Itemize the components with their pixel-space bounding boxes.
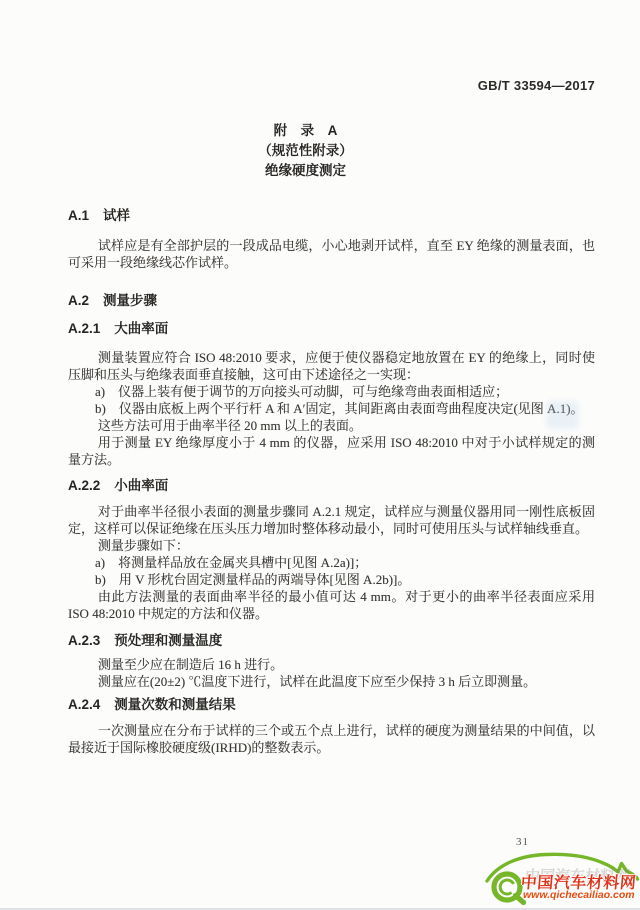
section-heading-a1: A.1试样 <box>68 207 595 224</box>
page-number: 31 <box>516 836 529 848</box>
document-page: GB/T 33594—2017 附 录 A （规范性附录） 绝缘硬度测定 A.1… <box>0 0 640 910</box>
section-number: A.2.1 <box>68 321 100 336</box>
list-item-a: a) 将测量样品放在金属夹具槽中[见图 A.2a)]； <box>68 554 595 571</box>
section-title: 试样 <box>103 208 130 223</box>
scan-smudge <box>546 401 579 429</box>
section-number: A.2 <box>68 293 89 308</box>
list-item-b: b) 仪器由底板上两个平行杆 A 和 A′固定，其间距离由表面弯曲程度决定(见图… <box>68 400 595 417</box>
appendix-subtitle: （规范性附录） <box>68 141 543 161</box>
section-title: 预处理和测量温度 <box>114 633 222 648</box>
appendix-name: 绝缘硬度测定 <box>68 161 543 181</box>
list-item-a: a) 仪器上装有便于调节的万向接头可动脚，可与绝缘弯曲表面相适应； <box>68 383 595 400</box>
paragraph: 测量至少应在制造后 16 h 进行。 <box>68 656 595 673</box>
q-ring-icon <box>494 874 524 903</box>
paragraph: 用于测量 EY 绝缘厚度小于 4 mm 的仪器，应采用 ISO 48:2010 … <box>68 434 595 468</box>
section-number: A.2.3 <box>68 633 100 648</box>
section-heading-a23: A.2.3预处理和测量温度 <box>68 632 595 649</box>
section-title: 测量次数和测量结果 <box>114 697 236 712</box>
section-title: 大曲率面 <box>114 321 168 336</box>
section-heading-a2: A.2测量步骤 <box>68 292 595 309</box>
paragraph: 这些方法可用于曲率半径 20 mm 以上的表面。 <box>68 417 595 434</box>
list-item-b: b) 用 V 形枕台固定测量样品的两端导体[见图 A.2b)]。 <box>68 571 595 588</box>
paragraph: 测量步骤如下： <box>68 537 595 554</box>
paragraph: 由此方法测量的表面曲率半径的最小值可达 4 mm。对于更小的曲率半径表面应采用 … <box>68 588 595 622</box>
paragraph: 测量应在(20±2) ℃温度下进行，试样在此温度下应至少保持 3 h 后立即测量… <box>68 673 595 690</box>
paragraph: 一次测量应在分布于试样的三个或五个点上进行，试样的硬度为测量结果的中间值，以最接… <box>68 722 595 756</box>
page-content: GB/T 33594—2017 附 录 A （规范性附录） 绝缘硬度测定 A.1… <box>68 0 595 756</box>
site-watermark-logo: 中国汽车材料网 中国汽车材料网 www.qichecailiao.com <box>484 849 640 905</box>
section-title: 测量步骤 <box>103 293 157 308</box>
section-number: A.1 <box>68 208 89 223</box>
section-heading-a21: A.2.1大曲率面 <box>68 320 595 337</box>
standard-number: GB/T 33594—2017 <box>68 0 595 93</box>
appendix-title-block: 附 录 A （规范性附录） 绝缘硬度测定 <box>68 121 595 181</box>
section-number: A.2.2 <box>68 478 100 493</box>
appendix-title: 附 录 A <box>68 121 543 141</box>
section-heading-a22: A.2.2小曲率面 <box>68 477 595 494</box>
paragraph: 对于曲率半径很小表面的测量步骤同 A.2.1 规定，试样应与测量仪器用同一刚性底… <box>68 503 595 537</box>
section-number: A.2.4 <box>68 697 100 712</box>
brand-url-text: www.qichecailiao.com <box>523 889 635 901</box>
section-heading-a24: A.2.4测量次数和测量结果 <box>68 696 595 713</box>
paragraph: 试样应是有全部护层的一段成品电缆，小心地剥开试样，直至 EY 绝缘的测量表面，也… <box>68 237 595 271</box>
section-title: 小曲率面 <box>114 478 168 493</box>
paragraph: 测量装置应符合 ISO 48:2010 要求，应便于使仪器稳定地放置在 EY 的… <box>68 349 595 383</box>
